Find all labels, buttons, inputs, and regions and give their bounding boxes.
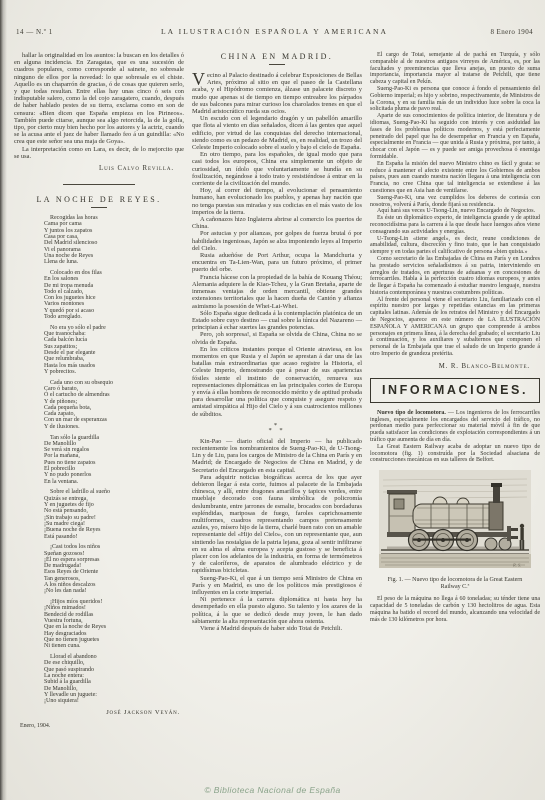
column-right: El cargo de Totai, semejante al de pachá… (370, 52, 540, 729)
stanza: Recogidas las horasCama por camaY juntos… (44, 215, 184, 265)
page-number: 14 — N.º 1 (16, 28, 108, 36)
paragraph: Sueng-Pao-Ki, el que á un tiempo será Mi… (192, 575, 362, 597)
article-paragraphs-a: Un escudo con el legendario dragón y un … (192, 115, 362, 418)
paragraph: Aquí hará sus veces U-Tsong-Lin, nuevo E… (370, 208, 540, 215)
info-item-lead: Nuevo tipo de locomotora. (377, 410, 446, 416)
stanza: Tan sólo la guardillaDe ManolilloSe verá… (44, 435, 184, 485)
paragraph: Sueng-Pao-Ki es persona que conoce á fon… (370, 86, 540, 113)
paragraph: Como secretario de las Embajadas de Chin… (370, 256, 540, 297)
asterism-divider: ** * (192, 423, 362, 434)
paragraph: hallar la originalidad en los asuntos: l… (14, 52, 184, 146)
stanza-line: Llena de luna. (44, 259, 184, 265)
article-lead-paragraph: Vecino al Palacio destinado á celebrar E… (192, 72, 362, 115)
paragraph: Un escudo con el legendario dragón y un … (192, 115, 362, 151)
figure-caption: Fig. 1. — Nuevo tipo de locomotora de la… (380, 577, 530, 590)
article-paragraphs-b: Kin-Pao — diario oficial del Imperio — h… (192, 438, 362, 632)
paragraph: Al frente del personal viene el secretar… (370, 297, 540, 358)
paragraph: Hoy, al correr del tiempo, al evoluciona… (192, 187, 362, 216)
paragraph: Sólo España sigue dedicada á la contempl… (192, 310, 362, 332)
paragraph: En los críticos instantes porque el Orie… (192, 346, 362, 418)
svg-text:R. S.: R. S. (512, 563, 521, 568)
issue-date: 8 Enero 1904 (441, 28, 533, 36)
stanza: ¡Casi todos los niñosSueñan gozosos!¡Él … (44, 544, 184, 594)
drop-cap: V (192, 72, 207, 86)
paragraph: U-Tsong-Lin «tiene angel», es decir, reu… (370, 236, 540, 256)
stanza-line: Todo arreglado. (44, 314, 184, 320)
poem-date: Enero, 1904. (20, 723, 184, 729)
asterism-row: * * (192, 428, 362, 434)
locomotive-figure-svg: R. S. (379, 470, 531, 568)
informaciones-heading: INFORMACIONES. (370, 378, 540, 403)
scanned-page: 14 — N.º 1 LA ILUSTRACIÓN ESPAÑOLA Y AME… (0, 0, 545, 800)
paragraph: Ni pertenece á la carrera diplomática ni… (192, 596, 362, 625)
poem-signature: José Jackson Veyán. (14, 709, 180, 716)
stanza: Colocado en dos filasEn los salonesDe mi… (44, 270, 184, 320)
article-paragraphs-c: El cargo de Totai, semejante al de pachá… (370, 52, 540, 358)
review-signature: Luis Calvo Revilla. (14, 165, 174, 172)
locomotive-engraving: R. S. (379, 470, 531, 573)
stanza-line: Está pasando! (44, 534, 184, 540)
paragraph: En otro tiempo, para los españoles, de i… (192, 151, 362, 187)
info-paragraph: Nuevo tipo de locomotora. — Los ingenier… (370, 410, 540, 444)
paragraph: La interpretación como en Lara, es decir… (14, 146, 184, 160)
info-paragraph: El peso de la máquina no llega á 60 tone… (370, 596, 540, 623)
paragraph: Pero, ¡oh sorpresa!, si España se olvida… (192, 331, 362, 345)
section-divider (63, 184, 135, 185)
stanza: No era yo sólo el padreQue trasnochaba:C… (44, 325, 184, 375)
paragraph: En España la misión del nuevo Ministro c… (370, 161, 540, 195)
title-rule (91, 207, 107, 208)
stanza-line: En la ventana. (44, 479, 184, 485)
paragraph: Sueng-Pao-Ki, una vez cumplidos los debe… (370, 195, 540, 209)
paragraph: Viene á Madrid después de haber sido Tot… (192, 625, 362, 632)
stanza: ¡Hijos míos queridos!¡Niños mimados!Bend… (44, 599, 184, 649)
paragraph: Aparte de sus conocimientos de política … (370, 113, 540, 161)
column-left: hallar la originalidad en los asuntos: l… (14, 52, 184, 729)
title-rule (269, 64, 285, 65)
paragraph: Francia hácese con la propiedad de la ba… (192, 274, 362, 310)
paragraph: El cargo de Totai, semejante al de pachá… (370, 52, 540, 86)
stanza: Cada uno con su obsequioCaro ó barato,Ó … (44, 380, 184, 430)
paragraph: A cañonazos hizo Inglaterra abrirse al c… (192, 216, 362, 230)
page-columns: hallar la originalidad en los asuntos: l… (14, 52, 540, 729)
article-signature: M. R. Blanco-Belmonte. (370, 363, 530, 370)
lead-text: ecino al Palacio destinado á celebrar Ex… (192, 72, 362, 115)
paragraph: Es éste un diplomático experto, de intel… (370, 215, 540, 235)
stanza-line: ¡No les dan nada! (44, 588, 184, 594)
stanza: Llorad el abandonoDe ese chiquillo,Que p… (44, 654, 184, 704)
stanza-line: Ni tienen cuna. (44, 643, 184, 649)
stanza: Sobre el ladrillo al sueñoQuizás se entr… (44, 489, 184, 539)
stanza-line: Y de ilusiones. (44, 424, 184, 430)
poem-title: LA NOCHE DE REYES. (14, 195, 184, 204)
article-title: CHINA EN MADRID. (192, 52, 362, 61)
paragraph: Rusia adueñóse de Port Arthur, ocupa la … (192, 252, 362, 274)
stanza-line: ¡Uno siquiera! (44, 698, 184, 704)
column-center: CHINA EN MADRID. Vecino al Palacio desti… (192, 52, 362, 729)
page-header: 14 — N.º 1 LA ILUSTRACIÓN ESPAÑOLA Y AME… (16, 27, 533, 36)
review-paragraphs: hallar la originalidad en los asuntos: l… (14, 52, 184, 160)
library-watermark: © Biblioteca Nacional de España (0, 785, 545, 795)
paragraph: Por astucias y por alianzas, por golpes … (192, 230, 362, 252)
masthead-title: LA ILUSTRACIÓN ESPAÑOLA Y AMERICANA (108, 27, 441, 36)
info-paragraph: La Great Eastern Railway acaba de adopta… (370, 444, 540, 464)
paragraph: Kin-Pao — diario oficial del Imperio — h… (192, 438, 362, 474)
paragraph: Para adquirir noticias biográficas acerc… (192, 474, 362, 575)
stanza-line: Y pobrecitos. (44, 369, 184, 375)
poem-stanzas: Recogidas las horasCama por camaY juntos… (44, 215, 184, 704)
